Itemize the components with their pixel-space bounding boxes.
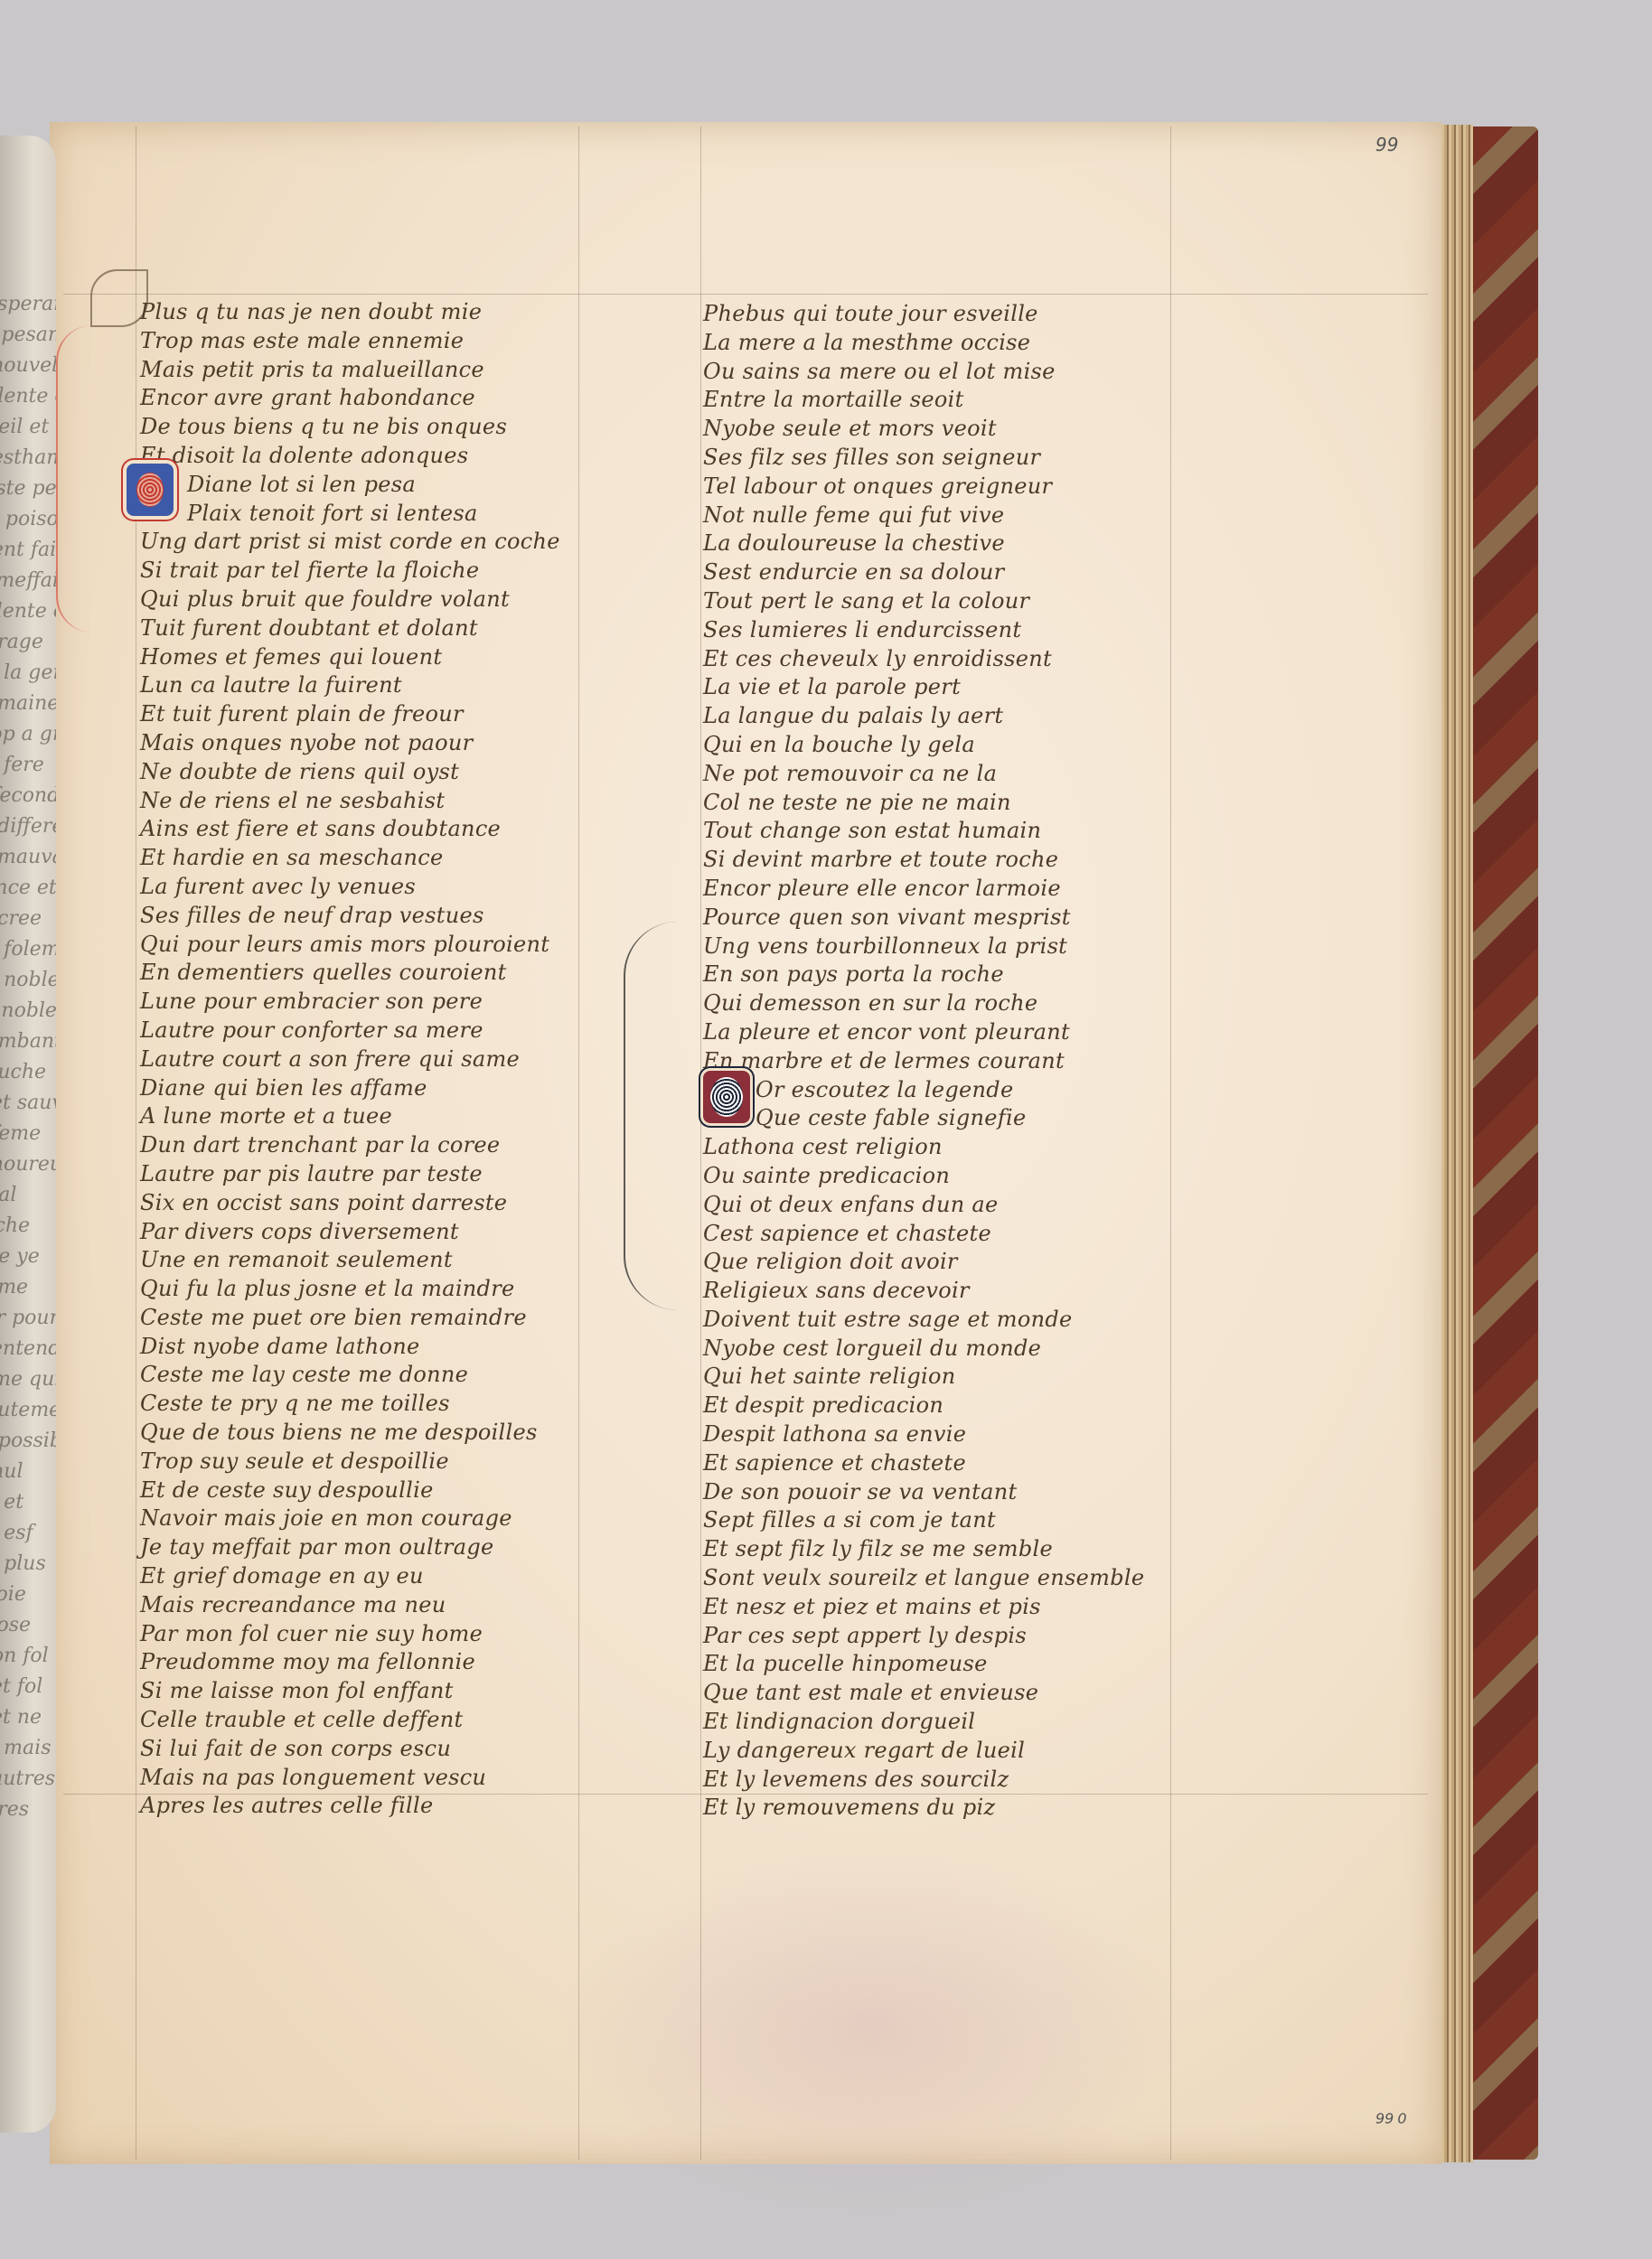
verse-line: feme qui xyxy=(0,1364,56,1395)
verse-line: La langue du palais ly aert xyxy=(703,702,1144,731)
folio-number-top: 99 xyxy=(1375,134,1398,155)
folio-number-bottom-value: 99 xyxy=(1375,2110,1394,2127)
verse-line: Et ly remouvemens du piz xyxy=(703,1794,1144,1823)
initial-d-infill xyxy=(136,473,164,507)
verse-line: Par mon fol cuer nie suy home xyxy=(140,1620,560,1649)
verse-line: Phebus qui toute jour esveille xyxy=(703,300,1144,329)
verse-line: e et fol xyxy=(0,1672,56,1702)
verse-line: Par divers cops diversement xyxy=(140,1218,560,1247)
ruling-line xyxy=(1170,127,1171,2160)
verse-line: Ung vens tourbillonneux la prist xyxy=(703,933,1144,961)
verse-line: Navoir mais joie en mon courage xyxy=(140,1504,560,1533)
verse-line: Qui het sainte religion xyxy=(703,1363,1144,1392)
verse-line: a feme xyxy=(0,1119,56,1149)
verse-line: Religieux sans decevoir xyxy=(703,1277,1144,1306)
verse-line: Et despit predicacion xyxy=(703,1392,1144,1420)
verse-line: En dementiers quelles couroient xyxy=(140,959,560,988)
verse-line: Ains est fiere et sans doubtance xyxy=(140,815,560,844)
verse-line: Qui fu la plus josne et la maindre xyxy=(140,1275,560,1304)
verse-line: Dun dart trenchant par la coree xyxy=(140,1131,560,1160)
verse-line: Que de tous biens ne me despoilles xyxy=(140,1419,560,1448)
verse-line: la rage xyxy=(0,627,56,658)
verse-line: Not nulle feme qui fut vive xyxy=(703,501,1144,530)
verse-line: Encor pleure elle encor larmoie xyxy=(703,875,1144,904)
verse-line: Ou sainte predicacion xyxy=(703,1162,1144,1191)
verse-line: ment fait xyxy=(0,535,56,566)
initial-o-infill xyxy=(710,1077,743,1117)
verse-line: mesthance xyxy=(0,443,56,473)
page-stain xyxy=(556,1839,1188,2218)
verse-line: Qui ot deux enfans dun ae xyxy=(703,1191,1144,1220)
verse-line: Je tay meffait par mon oultrage xyxy=(140,1533,560,1562)
verse-line: trop a grant xyxy=(0,719,56,750)
verse-line: Que ceste fable signefie xyxy=(703,1104,1144,1133)
verse-line: Et lindignacion dorgueil xyxy=(703,1708,1144,1737)
verse-line: Mais recreandance ma neu xyxy=(140,1591,560,1620)
verse-line: de noble xyxy=(0,965,56,996)
verse-line: La pleure et encor vont pleurant xyxy=(703,1018,1144,1047)
verse-line: a nul xyxy=(0,1457,56,1487)
verse-line: Qui demesson en sur la roche xyxy=(703,989,1144,1018)
verse-line: sa pesance xyxy=(0,320,56,351)
verse-line: volente et xyxy=(0,596,56,627)
verse-line: Or escoutez la legende xyxy=(703,1076,1144,1105)
verse-line: Une en remanoit seulement xyxy=(140,1246,560,1275)
verse-line: Ung dart prist si mist corde en coche xyxy=(140,528,560,557)
verse-line: dueil et xyxy=(0,412,56,443)
verse-line: impossible xyxy=(0,1426,56,1457)
verse-line: Et de ceste suy despoullie xyxy=(140,1476,560,1505)
verse-line: la cree xyxy=(0,904,56,934)
verse-line: infecondite xyxy=(0,781,56,811)
verse-line: Apres les autres celle fille xyxy=(140,1792,560,1821)
verse-line: Si devint marbre et toute roche xyxy=(703,846,1144,875)
verse-line: La mere a la mesthme occise xyxy=(703,329,1144,358)
verse-line: Lun ca lautre la fuirent xyxy=(140,671,560,700)
verse-line: La furent avec ly venues xyxy=(140,873,560,902)
verse-line: Despit lathona sa envie xyxy=(703,1420,1144,1449)
verse-line: Entre la mortaille seoit xyxy=(703,386,1144,415)
verse-line: Tout pert le sang et la colour xyxy=(703,587,1144,616)
verse-line: le mauvais xyxy=(0,842,56,873)
red-pen-flourish xyxy=(56,325,130,633)
verse-line: Trop suy seule et despoillie xyxy=(140,1448,560,1476)
verse-line: Ceste me lay ceste me donne xyxy=(140,1361,560,1390)
verse-line: hautement xyxy=(0,1395,56,1426)
verse-line: Si lui fait de son corps escu xyxy=(140,1735,560,1764)
verse-line: Plus q tu nas je nen doubt mie xyxy=(140,298,560,327)
verse-line: Sest endurcie en sa dolour xyxy=(703,558,1144,587)
black-pen-flourish xyxy=(624,922,707,1310)
verse-line: Et ces cheveulx ly enroidissent xyxy=(703,645,1144,674)
verse-line: Lathona cest religion xyxy=(703,1133,1144,1162)
verse-line: desperance xyxy=(0,289,56,320)
verse-line: Col ne teste ne pie ne main xyxy=(703,789,1144,818)
verse-line: A lune morte et a tuee xyxy=(140,1102,560,1131)
verse-line: dame xyxy=(0,1272,56,1303)
verse-line: de la gent xyxy=(0,658,56,689)
verse-line: En son pays porta la roche xyxy=(703,961,1144,989)
verse-line: Et sept filz ly filz se me semble xyxy=(703,1535,1144,1564)
verse-line: cor pour xyxy=(0,1303,56,1334)
verse-line: Et la pucelle hinpomeuse xyxy=(703,1650,1144,1679)
verse-line: Tuit furent doubtant et dolant xyxy=(140,614,560,643)
verse-line: en plus xyxy=(0,1549,56,1579)
verse-line: Nyobe seule et mors veoit xyxy=(703,415,1144,444)
verse-line: Ceste me puet ore bien remaindre xyxy=(140,1304,560,1333)
verse-line: Diane qui bien les affame xyxy=(140,1074,560,1103)
verse-line: Plaix tenoit fort si lentesa xyxy=(140,500,560,529)
verse-line: Que religion doit avoir xyxy=(703,1248,1144,1277)
verse-line: Tel labour ot onques greigneur xyxy=(703,473,1144,501)
verse-line: nde ye xyxy=(0,1242,56,1272)
verse-line: e et ne xyxy=(0,1702,56,1733)
verse-line: is meffait xyxy=(0,566,56,596)
verse-line: erche xyxy=(0,1211,56,1242)
verse-line: Et nesz et piez et mains et pis xyxy=(703,1593,1144,1622)
ruling-line xyxy=(136,127,136,2160)
book-binding-cover xyxy=(1464,127,1538,2160)
verse-line: Homes et femes qui louent xyxy=(140,643,560,672)
verse-line: chose xyxy=(0,1610,56,1641)
verse-line: Encor avre grant habondance xyxy=(140,384,560,413)
verse-line: Mais onques nyobe not paour xyxy=(140,729,560,758)
verse-line: Lune pour embracier son pere xyxy=(140,988,560,1017)
verse-line: Diane lot si len pesa xyxy=(140,471,560,500)
folio-number-bottom-suffix: 0 xyxy=(1397,2110,1406,2127)
verse-line: Tout change son estat humain xyxy=(703,817,1144,846)
verse-line: sance et xyxy=(0,873,56,904)
verse-line: Sept filles a si com je tant xyxy=(703,1506,1144,1535)
verse-line: Lautre pour conforter sa mere xyxy=(140,1017,560,1045)
verse-line: Par ces sept appert ly despis xyxy=(703,1622,1144,1651)
verse-line: e et sauv xyxy=(0,1088,56,1119)
verse-line: Et disoit la dolente adonques xyxy=(140,442,560,471)
verse-line: dual xyxy=(0,1180,56,1211)
verse-line: Et hardie en sa meschance xyxy=(140,844,560,873)
verse-line: Sont veulx soureilz et langue ensemble xyxy=(703,1564,1144,1593)
verse-line: en mais xyxy=(0,1733,56,1764)
verse-line: Et sapience et chastete xyxy=(703,1449,1144,1478)
verse-line: Lautre par pis lautre par teste xyxy=(140,1160,560,1189)
verse-line: Preudomme moy ma fellonnie xyxy=(140,1648,560,1677)
left-text-column: Plus q tu nas je nen doubt mieTrop mas e… xyxy=(140,298,560,1821)
verse-line: bouche xyxy=(0,1057,56,1088)
verse-line: Celle trauble et celle deffent xyxy=(140,1706,560,1735)
right-text-column: Phebus qui toute jour esveilleLa mere a … xyxy=(703,300,1144,1823)
verse-line: ceste perf xyxy=(0,473,56,504)
folio-number-bottom: 990 xyxy=(1375,2110,1407,2127)
verse-line: Ses lumieres li endurcissent xyxy=(703,616,1144,645)
verse-line: Et tuit furent plain de freour xyxy=(140,700,560,729)
facing-page-edge: desperancesa pesancea nouvelledolente et… xyxy=(0,136,56,2132)
verse-line: Six en occist sans point darreste xyxy=(140,1189,560,1218)
verse-line: Mais na pas longuement vescu xyxy=(140,1764,560,1793)
verse-line: Cest sapience et chastete xyxy=(703,1220,1144,1249)
verse-line: amoureuse xyxy=(0,1149,56,1180)
illuminated-initial-d xyxy=(127,464,174,516)
verse-line: Qui pour leurs amis mors plouroient xyxy=(140,931,560,960)
ruling-line xyxy=(63,294,1428,295)
verse-line: a nouvelle xyxy=(0,351,56,381)
verse-line: Et grief domage en ay eu xyxy=(140,1562,560,1591)
verse-line: demaine xyxy=(0,689,56,719)
verse-line: Ne pot remouvoir ca ne la xyxy=(703,760,1144,789)
verse-line: La douloureuse la chestive xyxy=(703,530,1144,558)
verse-line: De tous biens q tu ne bis onques xyxy=(140,413,560,442)
verse-line: Et ly levemens des sourcilz xyxy=(703,1766,1144,1795)
verse-line: Ne doubte de riens quil oyst xyxy=(140,758,560,787)
verse-line: Dist nyobe dame lathone xyxy=(140,1333,560,1362)
verse-line: Qui plus bruit que fouldre volant xyxy=(140,586,560,614)
verse-line: Ly dangereux regart de lueil xyxy=(703,1737,1144,1766)
verse-line: flambant xyxy=(0,1026,56,1057)
verse-line: ue et xyxy=(0,1487,56,1518)
verse-line: mon fol xyxy=(0,1641,56,1672)
verse-line: Ceste te pry q ne me toilles xyxy=(140,1390,560,1419)
verse-line: Mais petit pris ta malueillance xyxy=(140,356,560,385)
verse-line: La vie et la parole pert xyxy=(703,673,1144,702)
verse-line: Pource quen son vivant mesprist xyxy=(703,904,1144,933)
verse-line: Si me laisse mon fol enffant xyxy=(140,1677,560,1706)
verse-line: En marbre et de lermes courant xyxy=(703,1047,1144,1076)
verse-line: avoie xyxy=(0,1579,56,1610)
verse-line: sa noblesse xyxy=(0,996,56,1026)
verse-line: De son pouoir se va ventant xyxy=(703,1478,1144,1507)
verse-line: a autres xyxy=(0,1764,56,1795)
verse-line: Si trait par tel fierte la floiche xyxy=(140,557,560,586)
verse-line: Lautre court a son frere qui same xyxy=(140,1045,560,1074)
verse-line: Qui en la bouche ly gela xyxy=(703,731,1144,760)
verse-line: Doivent tuit estre sage et monde xyxy=(703,1306,1144,1335)
verse-line: la difference xyxy=(0,811,56,842)
verse-line: Nyobe cest lorgueil du monde xyxy=(703,1335,1144,1364)
verse-line: ne esf xyxy=(0,1518,56,1549)
verse-line: tel poisons xyxy=(0,504,56,535)
illuminated-initial-o xyxy=(703,1071,750,1123)
verse-line: Ne de riens el ne sesbahist xyxy=(140,787,560,816)
verse-line: Que tant est male et envieuse xyxy=(703,1679,1144,1708)
verse-line: Ou sains sa mere ou el lot mise xyxy=(703,358,1144,387)
verse-line: dolente et xyxy=(0,381,56,412)
verse-line: de fere xyxy=(0,750,56,781)
verse-line: apres xyxy=(0,1795,56,1825)
page-edges xyxy=(1437,125,1473,2162)
verse-line: Trop mas este male ennemie xyxy=(140,327,560,356)
verse-line: e entendre xyxy=(0,1334,56,1364)
ruling-line xyxy=(578,127,579,2160)
verse-line: ne folement xyxy=(0,934,56,965)
verse-line: Ses filles de neuf drap vestues xyxy=(140,902,560,931)
verse-line: Ses filz ses filles son seigneur xyxy=(703,444,1144,473)
